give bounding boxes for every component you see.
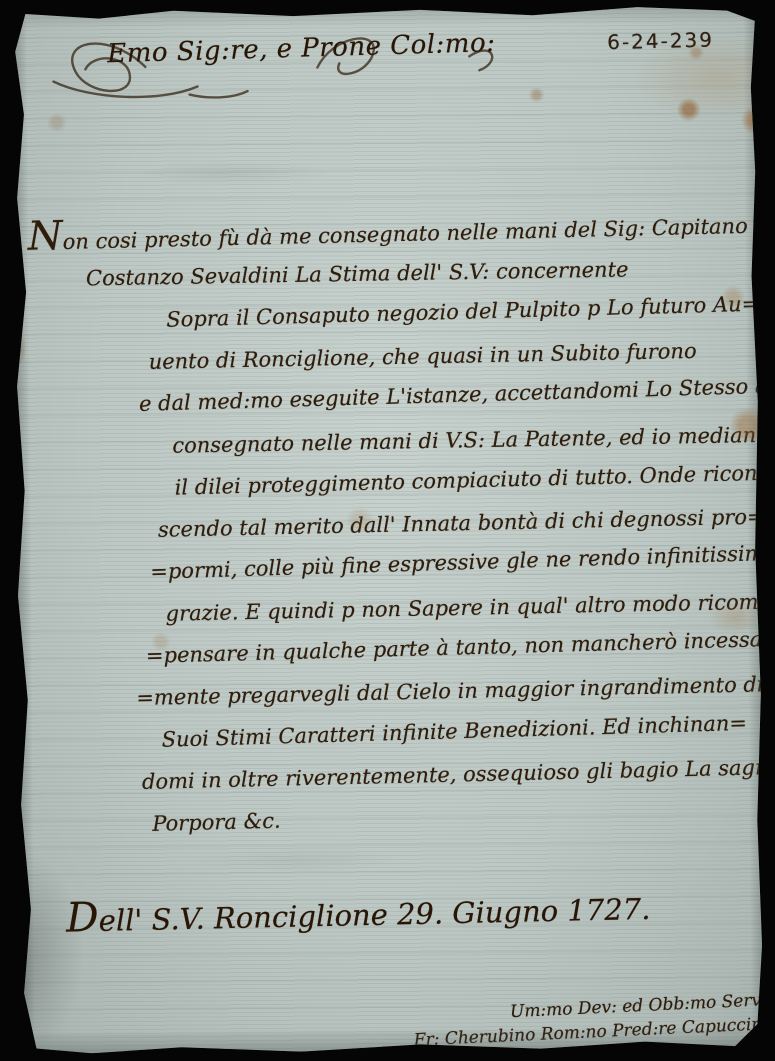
signature-block: Um:mo Dev: ed Obb:mo Servo Fr: Cherubino… <box>315 988 773 1057</box>
photo-background: 6-24-239 Emo Sig:re, e Prone Col:mo: Non… <box>0 0 775 1061</box>
dateline: Dell' S.V. Ronciglione 29. Giugno 1727. <box>66 881 651 942</box>
paper-sheet: 6-24-239 Emo Sig:re, e Prone Col:mo: Non… <box>9 4 765 1056</box>
letter-body: Non cosi presto fù dà me consegnato nell… <box>11 210 764 846</box>
archival-number: 6-24-239 <box>607 27 714 54</box>
